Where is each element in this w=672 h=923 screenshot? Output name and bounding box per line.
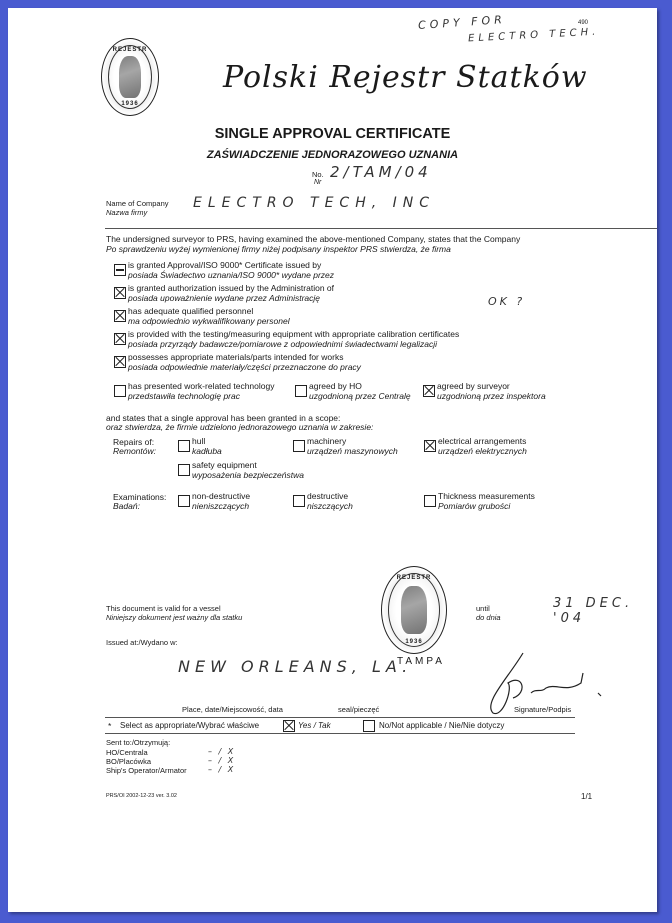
legend-yes-checkbox bbox=[283, 720, 295, 732]
technology-2-label-en: agreed by surveyor bbox=[437, 381, 510, 391]
repair-0-checkbox bbox=[178, 440, 190, 452]
repair-1-label-pl: urządzeń maszynowych bbox=[307, 446, 398, 456]
repair-0-label-en: hull bbox=[192, 436, 205, 446]
exam-1-label-en: destructive bbox=[307, 491, 348, 501]
statement-1-label-en: is granted authorization issued by the A… bbox=[128, 283, 334, 293]
statement-4-label-en: possesses appropriate materials/parts in… bbox=[128, 352, 343, 362]
technology-2-label-pl: uzgodnioną przez inspektora bbox=[437, 391, 546, 401]
page-reference: 490 bbox=[578, 20, 588, 26]
legend-yes: Yes / Tak bbox=[298, 721, 331, 731]
issued-label: Issued at:/Wydano w: bbox=[106, 638, 178, 648]
technology-1-checkbox bbox=[295, 385, 307, 397]
certificate-page: COPY FOR ELECTRO TECH. 490 REJESTR 1936 … bbox=[8, 8, 657, 912]
statement-3-label-pl: posiada przyrządy badawcze/pomiarowe z o… bbox=[128, 339, 437, 349]
place-date-caption: Place, date/Miejscowość, data bbox=[182, 705, 283, 715]
statement-2-checkbox bbox=[114, 310, 126, 322]
handwritten-note-line1: COPY FOR bbox=[418, 13, 507, 32]
brand-name: Polski Rejestr Statków bbox=[223, 60, 588, 95]
issued-place-value: NEW ORLEANS, LA. bbox=[178, 657, 412, 676]
technology-1-label-pl: uzgodnioną przez Centralę bbox=[309, 391, 411, 401]
form-reference: PRS/OI 2002-12-23 ver. 3.02 bbox=[106, 793, 177, 799]
title-en: SINGLE APPROVAL CERTIFICATE bbox=[8, 126, 657, 142]
intro-pl: Po sprawdzeniu wyżej wymienionej firmy n… bbox=[106, 244, 451, 254]
repair-3-checkbox bbox=[178, 464, 190, 476]
statement-0-label-pl: posiada Świadectwo uznania/ISO 9000* wyd… bbox=[128, 270, 334, 280]
technology-2-checkbox bbox=[423, 385, 435, 397]
exam-0-label-en: non-destructive bbox=[192, 491, 250, 501]
divider bbox=[105, 733, 575, 734]
statement-4-checkbox bbox=[114, 356, 126, 368]
repair-2-checkbox bbox=[424, 440, 436, 452]
exam-1-checkbox bbox=[293, 495, 305, 507]
exam-0-checkbox bbox=[178, 495, 190, 507]
distribution-mark-2: – / X bbox=[208, 765, 235, 774]
page-count: 1/1 bbox=[581, 792, 592, 801]
validity-until-value: 31 DEC. '04 bbox=[553, 596, 657, 626]
repair-3-label-pl: wyposażenia bezpieczeństwa bbox=[192, 470, 304, 480]
prs-logo-icon: REJESTR 1936 bbox=[101, 38, 159, 116]
legend-select: Select as appropriate/Wybrać właściwe bbox=[120, 721, 259, 731]
company-name-value: ELECTRO TECH, INC bbox=[193, 195, 435, 211]
prs-stamp-seal-icon: REJESTR 1936 bbox=[381, 566, 447, 654]
repair-2-label-pl: urządzeń elektrycznych bbox=[438, 446, 527, 456]
company-label-pl: Nazwa firmy bbox=[106, 208, 147, 218]
exam-1-label-pl: niszczących bbox=[307, 501, 353, 511]
repair-1-checkbox bbox=[293, 440, 305, 452]
handwritten-note-line2: ELECTRO TECH. bbox=[468, 27, 600, 45]
distribution-title: Sent to:/Otrzymują: bbox=[106, 738, 170, 748]
repair-2-label-en: electrical arrangements bbox=[438, 436, 526, 446]
legend-asterisk: * bbox=[108, 721, 111, 731]
number-label-en: No. bbox=[312, 170, 324, 179]
statement-3-label-en: is provided with the testing/measuring e… bbox=[128, 329, 459, 339]
legend-no-checkbox bbox=[363, 720, 375, 732]
technology-0-checkbox bbox=[114, 385, 126, 397]
seal-caption: seal/pieczęć bbox=[338, 705, 379, 715]
statement-1-label-pl: posiada upoważnienie wydane przez Admini… bbox=[128, 293, 320, 303]
statement-1-checkbox bbox=[114, 287, 126, 299]
statement-0-label-en: is granted Approval/ISO 9000* Certificat… bbox=[128, 260, 321, 270]
validity-vessel-pl: Niniejszy dokument jest ważny dla statku bbox=[106, 613, 242, 623]
distribution-mark-1: – / X bbox=[208, 756, 235, 765]
exams-label-pl: Badań: bbox=[113, 501, 140, 511]
statement-3-checkbox bbox=[114, 333, 126, 345]
exam-2-label-en: Thickness measurements bbox=[438, 491, 535, 501]
validity-until-pl: do dnia bbox=[476, 613, 501, 623]
divider bbox=[105, 228, 657, 229]
certificate-number: 2/TAM/04 bbox=[330, 163, 432, 181]
exam-2-label-pl: Pomiarów grubości bbox=[438, 501, 510, 511]
statement-2-label-en: has adequate qualified personnel bbox=[128, 306, 253, 316]
title-pl: ZAŚWIADCZENIE JEDNORAZOWEGO UZNANIA bbox=[8, 149, 657, 161]
technology-1-label-en: agreed by HO bbox=[309, 381, 362, 391]
signature-caption: Signature/Podpis bbox=[514, 705, 571, 715]
exam-2-checkbox bbox=[424, 495, 436, 507]
repairs-label-pl: Remontów: bbox=[113, 446, 156, 456]
repair-0-label-pl: kadłuba bbox=[192, 446, 222, 456]
scope-pl: oraz stwierdza, że firmie udzielono jedn… bbox=[106, 422, 373, 432]
divider bbox=[105, 717, 575, 718]
repair-1-label-en: machinery bbox=[307, 436, 346, 446]
technology-0-label-en: has presented work-related technology bbox=[128, 381, 274, 391]
number-label-pl: Nr bbox=[314, 179, 321, 186]
repair-3-label-en: safety equipment bbox=[192, 460, 257, 470]
margin-note-ok: OK ? bbox=[488, 295, 525, 308]
exam-0-label-pl: nieniszczących bbox=[192, 501, 249, 511]
statement-2-label-pl: ma odpowiednio wykwalifikowany personel bbox=[128, 316, 290, 326]
statement-0-checkbox bbox=[114, 264, 126, 276]
intro-en: The undersigned surveyor to PRS, having … bbox=[106, 234, 520, 244]
statement-4-label-pl: posiada odpowiednie materiały/części prz… bbox=[128, 362, 361, 372]
technology-0-label-pl: przedstawiła technologię prac bbox=[128, 391, 240, 401]
legend-no: No/Not applicable / Nie/Nie dotyczy bbox=[379, 721, 504, 731]
distribution-label-2: Ship's Operator/Armator bbox=[106, 766, 187, 776]
distribution-mark-0: – / X bbox=[208, 747, 235, 756]
